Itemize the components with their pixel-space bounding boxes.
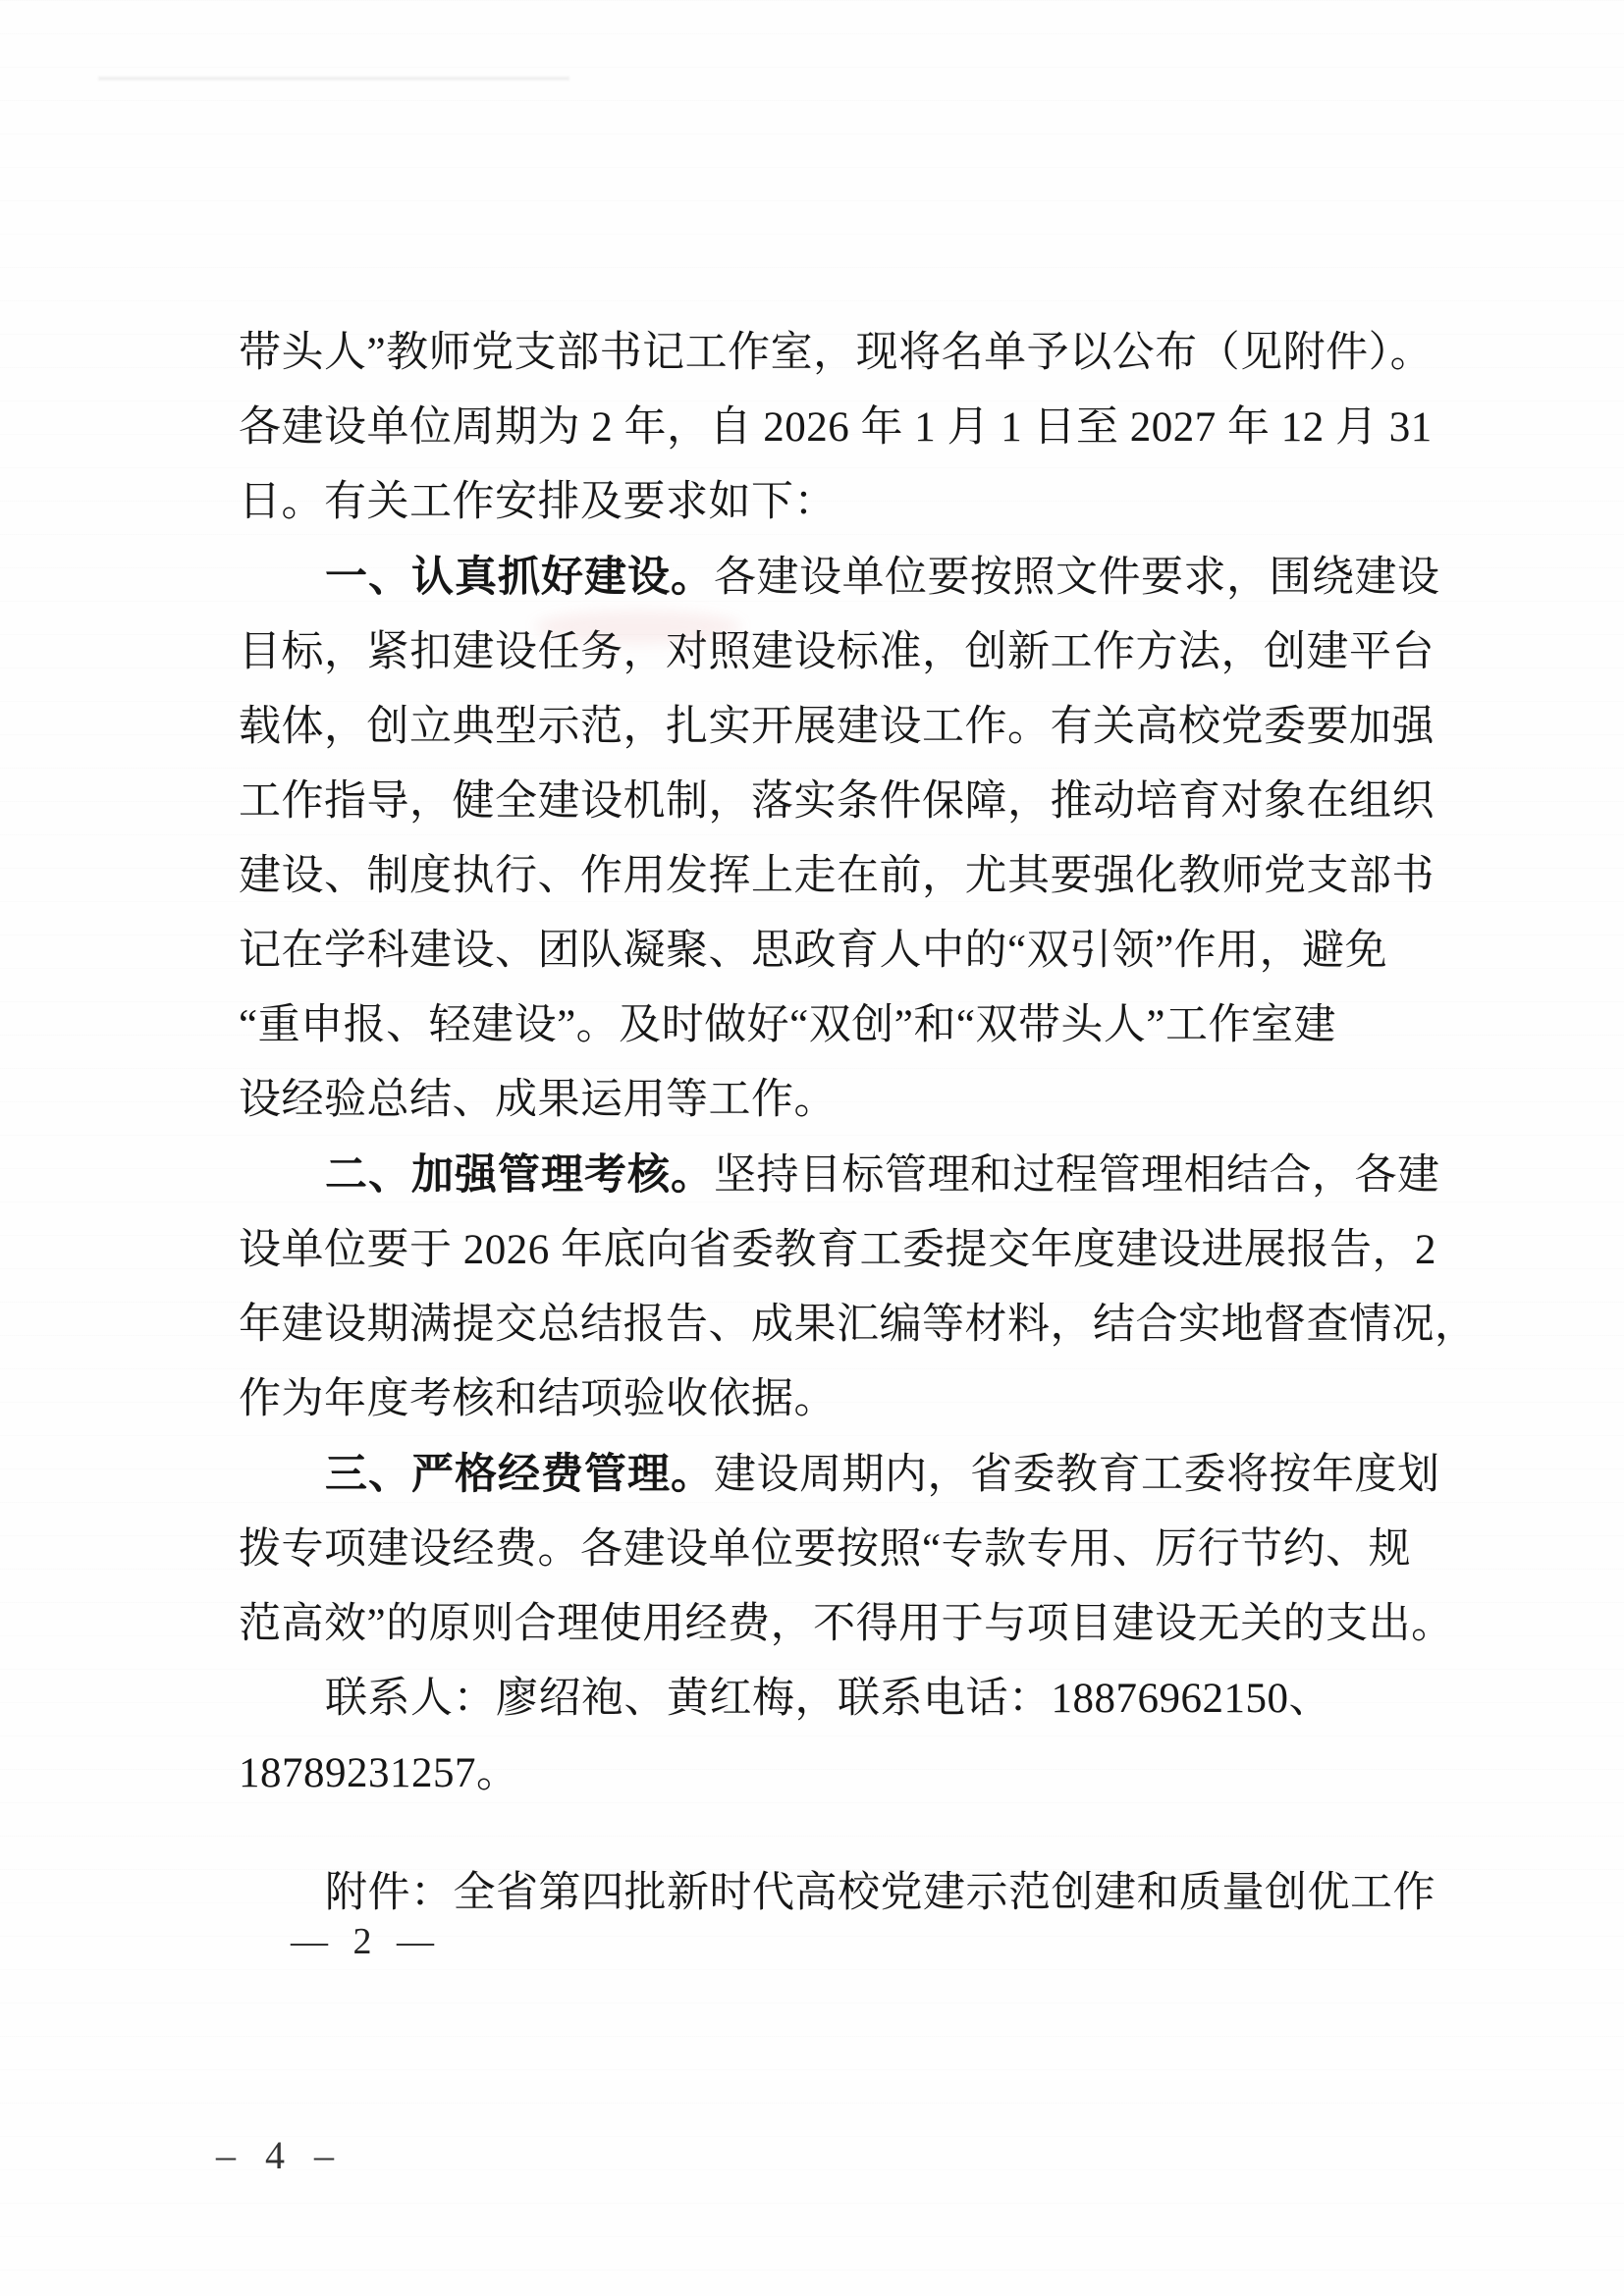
scanned-inner-page-number: — 2 —: [291, 1920, 434, 1963]
body-line: 设经验总结、成果运用等工作。: [239, 1063, 1393, 1138]
section-3-heading: 三、严格经费管理。: [325, 1451, 714, 1498]
contact-line-phone2: 18789231257。: [239, 1736, 1393, 1811]
section-2-heading-rest: 坚持目标管理和过程管理相结合，各建: [714, 1152, 1440, 1199]
section-3-heading-rest: 建设周期内，省委教育工委将按年度划: [714, 1452, 1440, 1498]
section-2-heading-line: 二、加强管理考核。坚持目标管理和过程管理相结合，各建: [239, 1138, 1393, 1213]
footer-page-number: – 4 –: [216, 2132, 334, 2178]
body-line: 设单位要于 2026 年底向省委教育工委提交年度建设进展报告，2: [239, 1213, 1393, 1288]
section-3-heading-line: 三、严格经费管理。建设周期内，省委教育工委将按年度划: [239, 1437, 1393, 1513]
contact-line: 联系人：廖绍袍、黄红梅，联系电话：18876962150、: [239, 1662, 1393, 1736]
section-2-heading: 二、加强管理考核。: [325, 1151, 714, 1199]
body-line: “重申报、轻建设”。及时做好“双创”和“双带头人”工作室建: [239, 988, 1393, 1063]
scan-speckle-artifact: [98, 77, 569, 80]
scanned-document-page: 带头人”教师党支部书记工作室，现将名单予以公布（见附件）。 各建设单位周期为 2…: [0, 0, 1624, 2296]
body-line: 记在学科建设、团队凝聚、思政育人中的“双引领”作用，避免: [239, 914, 1393, 988]
section-1-heading: 一、认真抓好建设。: [325, 554, 714, 601]
body-line: 建设、制度执行、作用发挥上走在前，尤其要强化教师党支部书: [239, 839, 1393, 914]
body-line: 作为年度考核和结项验收依据。: [239, 1362, 1393, 1437]
vertical-spacer: [239, 1811, 1393, 1856]
body-line: 带头人”教师党支部书记工作室，现将名单予以公布（见附件）。: [239, 316, 1393, 391]
body-line: 拨专项建设经费。各建设单位要按照“专款专用、厉行节约、规: [239, 1513, 1393, 1587]
section-1-heading-rest: 各建设单位要按照文件要求，围绕建设: [714, 555, 1440, 601]
section-1-heading-line: 一、认真抓好建设。各建设单位要按照文件要求，围绕建设: [239, 540, 1393, 615]
body-line: 工作指导，健全建设机制，落实条件保障，推动培育对象在组织: [239, 765, 1393, 839]
body-line: 各建设单位周期为 2 年，自 2026 年 1 月 1 日至 2027 年 12…: [239, 391, 1393, 465]
body-line: 年建设期满提交总结报告、成果汇编等材料，结合实地督查情况，: [239, 1288, 1393, 1362]
body-line: 日。有关工作安排及要求如下：: [239, 465, 1393, 540]
body-line: 范高效”的原则合理使用经费，不得用于与项目建设无关的支出。: [239, 1587, 1393, 1662]
body-line: 载体，创立典型示范，扎实开展建设工作。有关高校党委要加强: [239, 690, 1393, 765]
body-line: 目标，紧扣建设任务，对照建设标准，创新工作方法，创建平台: [239, 615, 1393, 690]
document-body: 带头人”教师党支部书记工作室，现将名单予以公布（见附件）。 各建设单位周期为 2…: [239, 316, 1393, 1931]
